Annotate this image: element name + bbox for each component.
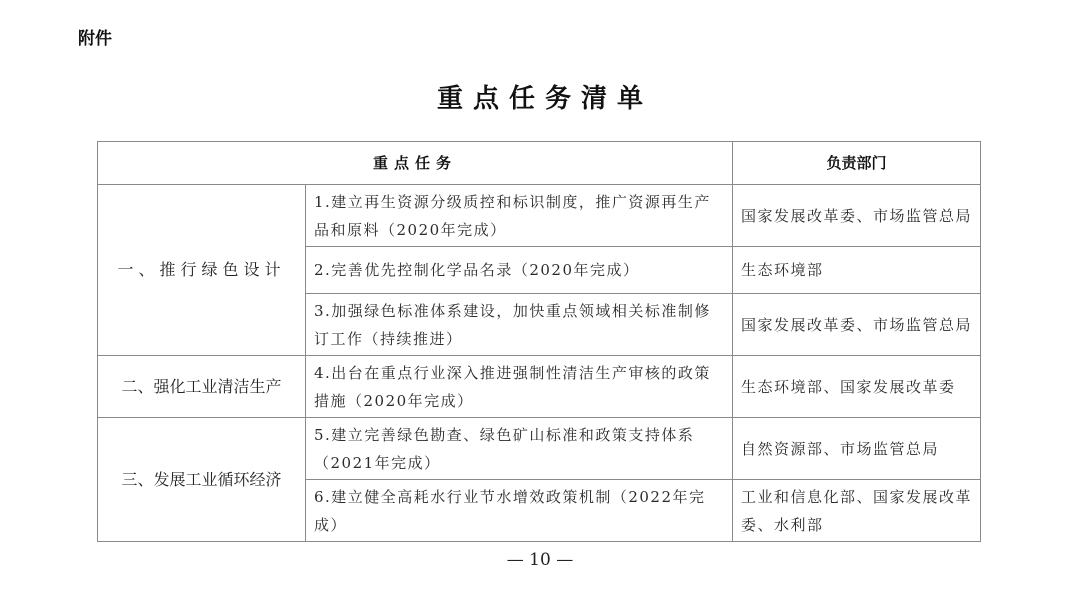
task-cell: 3.加强绿色标准体系建设，加快重点领域相关标准制修订工作（持续推进） [306, 294, 733, 356]
column-header-department: 负责部门 [733, 142, 981, 185]
department-cell: 生态环境部、国家发展改革委 [733, 356, 981, 418]
document-title: 重点任务清单 [0, 78, 1080, 115]
table-row: 一、推行绿色设计 1.建立再生资源分级质控和标识制度，推广资源再生产品和原料（2… [98, 185, 981, 247]
task-cell: 1.建立再生资源分级质控和标识制度，推广资源再生产品和原料（2020年完成） [306, 185, 733, 247]
table-row: 二、强化工业清洁生产 4.出台在重点行业深入推进强制性清洁生产审核的政策措施（2… [98, 356, 981, 418]
category-cell: 二、强化工业清洁生产 [98, 356, 306, 418]
task-cell: 6.建立健全高耗水行业节水增效政策机制（2022年完成） [306, 480, 733, 542]
table-header-row: 重点任务 负责部门 [98, 142, 981, 185]
page-number: — 10 — [0, 550, 1080, 570]
attachment-label: 附件 [78, 24, 112, 49]
task-cell: 5.建立完善绿色勘查、绿色矿山标准和政策支持体系（2021年完成） [306, 418, 733, 480]
table-row: 三、发展工业循环经济 5.建立完善绿色勘查、绿色矿山标准和政策支持体系（2021… [98, 418, 981, 480]
department-cell: 工业和信息化部、国家发展改革委、水利部 [733, 480, 981, 542]
task-cell: 2.完善优先控制化学品名录（2020年完成） [306, 247, 733, 294]
category-cell: 一、推行绿色设计 [98, 185, 306, 356]
department-cell: 国家发展改革委、市场监管总局 [733, 185, 981, 247]
department-cell: 生态环境部 [733, 247, 981, 294]
department-cell: 国家发展改革委、市场监管总局 [733, 294, 981, 356]
task-cell: 4.出台在重点行业深入推进强制性清洁生产审核的政策措施（2020年完成） [306, 356, 733, 418]
key-tasks-table: 重点任务 负责部门 一、推行绿色设计 1.建立再生资源分级质控和标识制度，推广资… [97, 141, 981, 542]
department-cell: 自然资源部、市场监管总局 [733, 418, 981, 480]
column-header-tasks: 重点任务 [98, 142, 733, 185]
category-cell: 三、发展工业循环经济 [98, 418, 306, 542]
